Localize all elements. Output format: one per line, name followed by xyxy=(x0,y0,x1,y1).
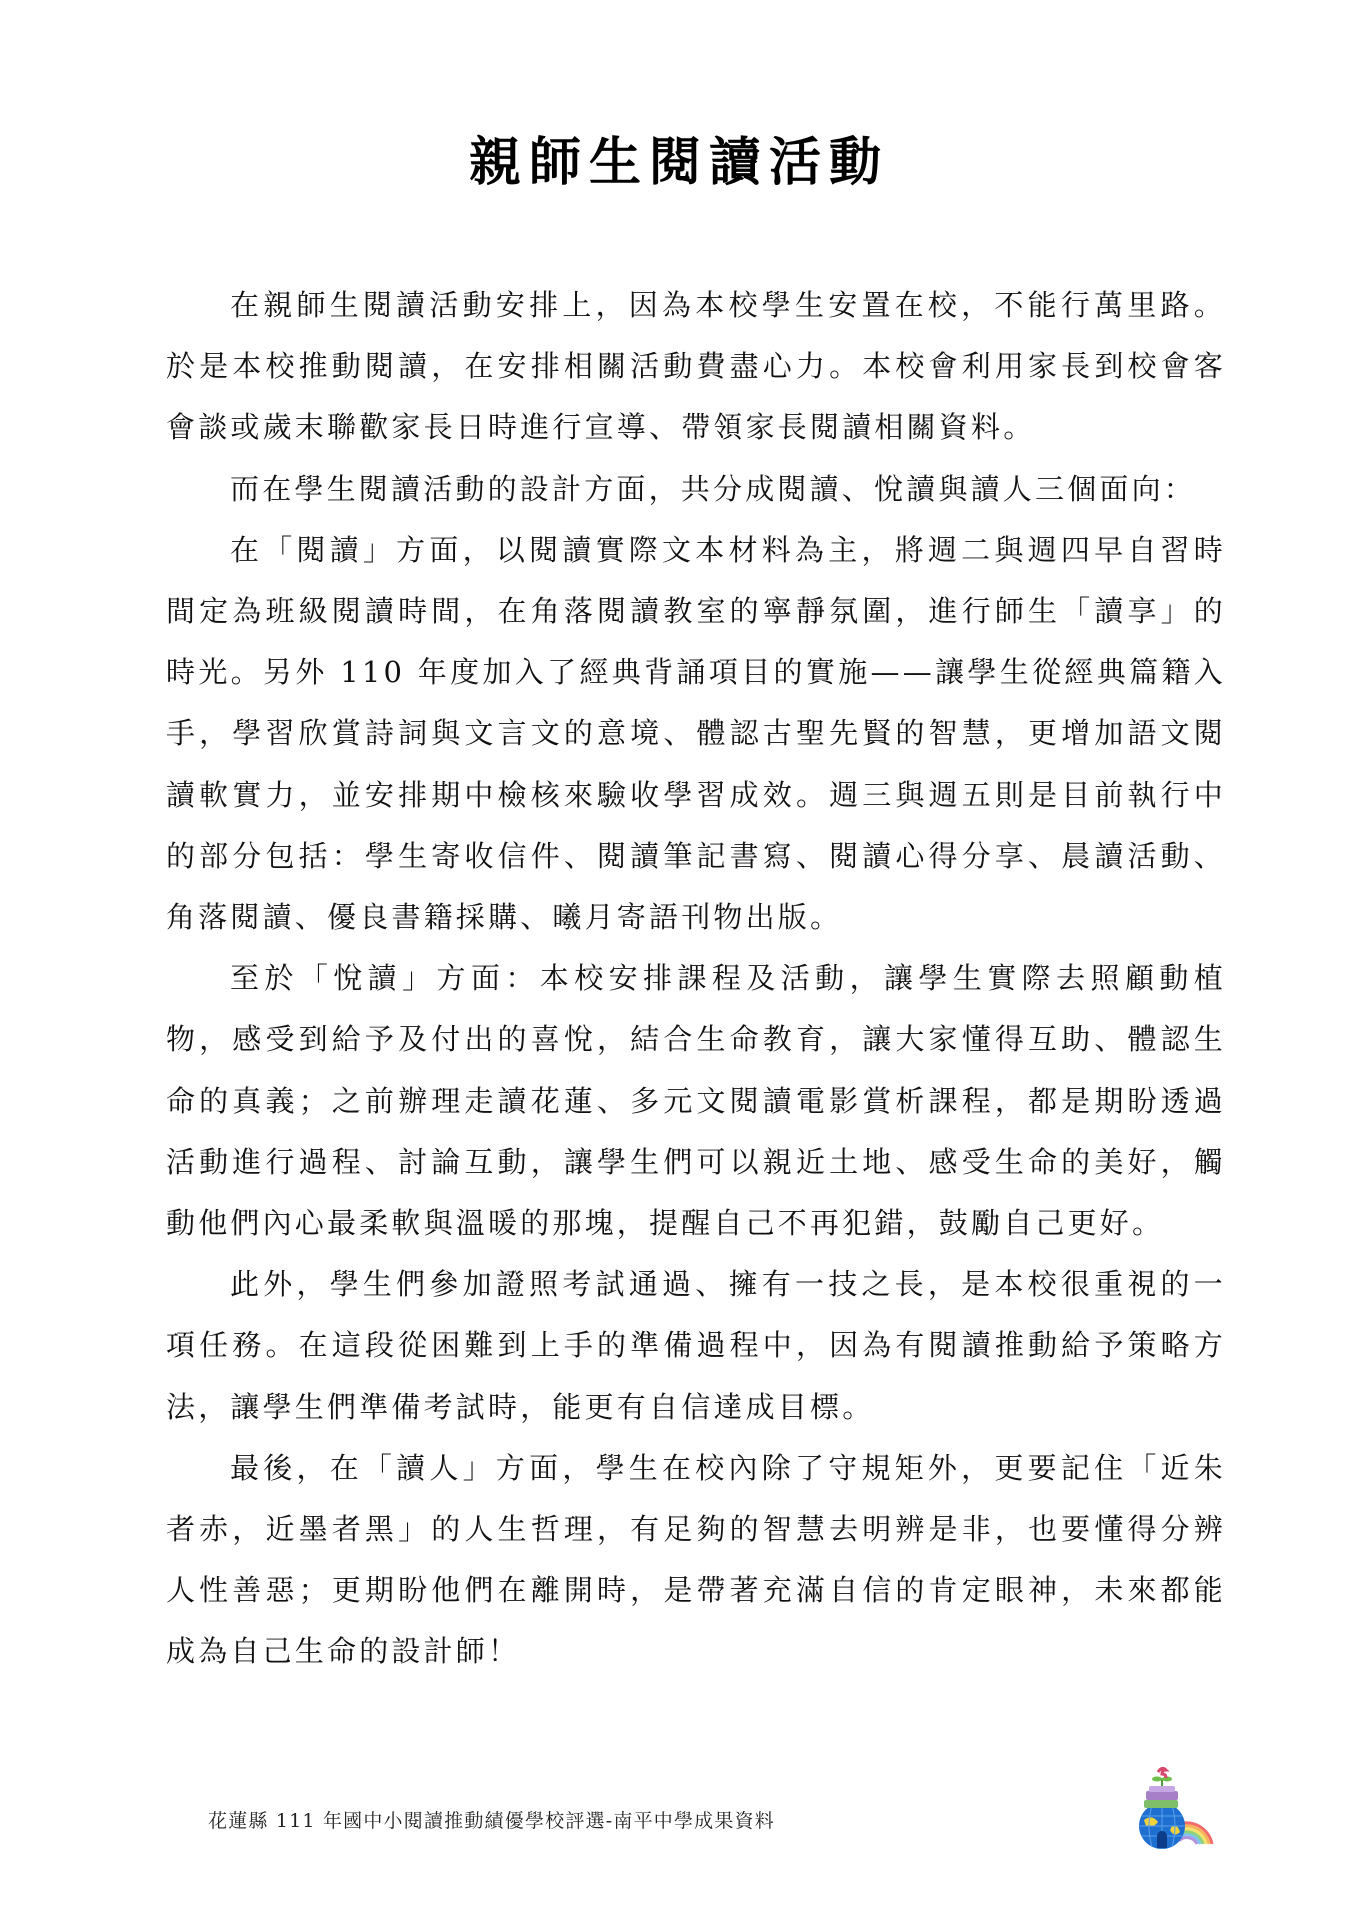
document-page: 親師生閱讀活動 在親師生閱讀活動安排上，因為本校學生安置在校，不能行萬里路。於是… xyxy=(0,0,1358,1920)
paragraph-certification: 此外，學生們參加證照考試通過、擁有一技之長，是本校很重視的一項任務。在這段從困難… xyxy=(166,1254,1226,1438)
paragraph-reading: 在「閱讀」方面，以閱讀實際文本材料為主，將週二與週四早自習時間定為班級閱讀時間，… xyxy=(166,520,1226,948)
document-body: 在親師生閱讀活動安排上，因為本校學生安置在校，不能行萬里路。於是本校推動閱讀，在… xyxy=(166,275,1226,1683)
paragraph-overview: 而在學生閱讀活動的設計方面，共分成閱讀、悅讀與讀人三個面向： xyxy=(166,459,1226,520)
paragraph-joyful-reading: 至於「悅讀」方面：本校安排課程及活動，讓學生實際去照顧動植物，感受到給予及付出的… xyxy=(166,948,1226,1254)
paragraph-reading-people: 最後，在「讀人」方面，學生在校內除了守規矩外，更要記住「近朱者赤，近墨者黑」的人… xyxy=(166,1438,1226,1683)
footer-text: 花蓮縣 111 年國中小閱讀推動績優學校評選-南平中學成果資料 xyxy=(208,1806,775,1836)
page-title: 親師生閱讀活動 xyxy=(0,128,1358,198)
paragraph-intro: 在親師生閱讀活動安排上，因為本校學生安置在校，不能行萬里路。於是本校推動閱讀，在… xyxy=(166,275,1226,459)
globe-books-rainbow-logo-icon xyxy=(1122,1764,1214,1850)
